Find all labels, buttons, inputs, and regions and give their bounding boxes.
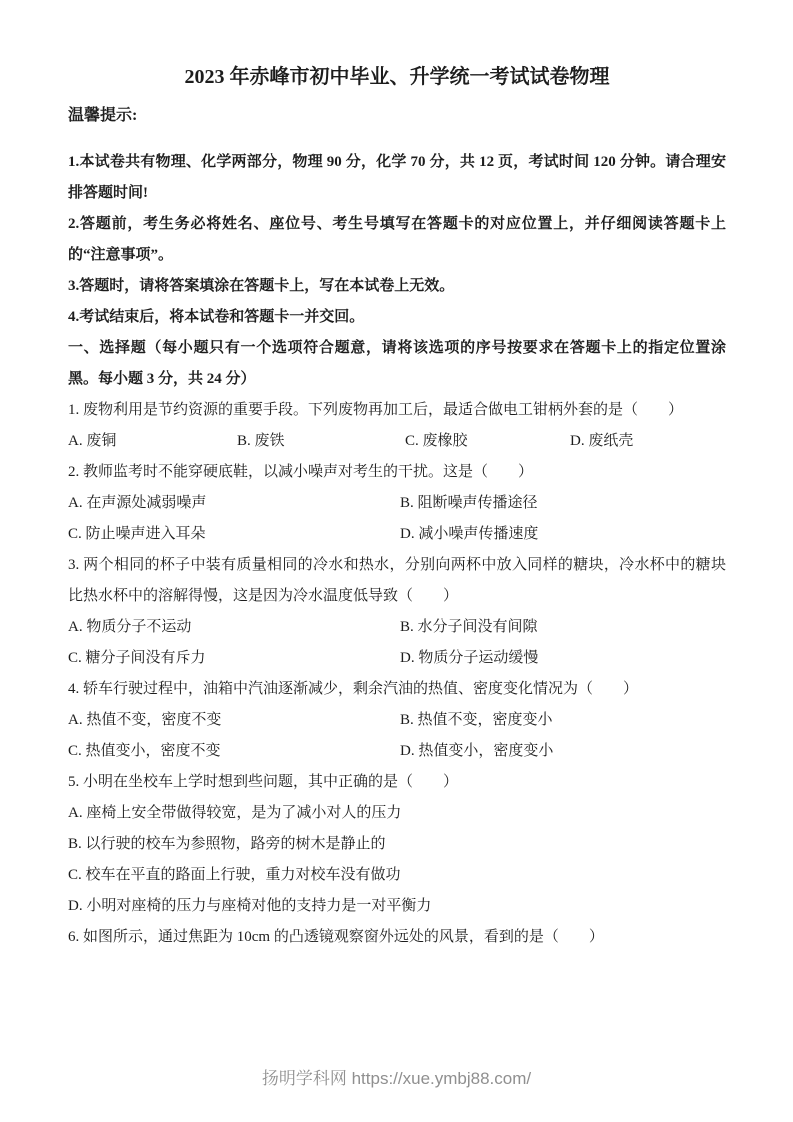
- option-c: C. 防止噪声进入耳朵: [68, 519, 400, 550]
- question-6: 6. 如图所示，通过焦距为 10cm 的凸透镜观察窗外远处的风景，看到的是（ ）: [68, 922, 726, 953]
- option-a: A. 热值不变，密度不变: [68, 705, 400, 736]
- option-d: D. 热值变小，密度变小: [400, 736, 726, 767]
- question-4-options: A. 热值不变，密度不变 B. 热值不变，密度变小 C. 热值变小，密度不变 D…: [68, 705, 726, 767]
- question-1: 1. 废物利用是节约资源的重要手段。下列废物再加工后，最适合做电工钳柄外套的是（…: [68, 395, 726, 457]
- question-5: 5. 小明在坐校车上学时想到些问题，其中正确的是（ ） A. 座椅上安全带做得较…: [68, 767, 726, 922]
- question-4-stem: 4. 轿车行驶过程中，油箱中汽油逐渐减少，剩余汽油的热值、密度变化情况为（ ）: [68, 674, 726, 705]
- watermark: 扬明学科网 https://xue.ymbj88.com/: [0, 1064, 793, 1089]
- option-c: C. 糖分子间没有斥力: [68, 643, 400, 674]
- option-a: A. 物质分子不运动: [68, 612, 400, 643]
- option-b: B. 热值不变，密度变小: [400, 705, 726, 736]
- option-c: C. 废橡胶: [405, 426, 570, 457]
- option-a: A. 座椅上安全带做得较宽，是为了减小对人的压力: [68, 798, 726, 829]
- option-c: C. 校车在平直的路面上行驶，重力对校车没有做功: [68, 860, 726, 891]
- watermark-text: 扬明学科网 https://xue.ymbj88.com/: [262, 1069, 531, 1088]
- question-3-stem: 3. 两个相同的杯子中装有质量相同的冷水和热水，分别向两杯中放入同样的糖块，冷水…: [68, 550, 726, 612]
- question-4: 4. 轿车行驶过程中，油箱中汽油逐渐减少，剩余汽油的热值、密度变化情况为（ ） …: [68, 674, 726, 767]
- question-3: 3. 两个相同的杯子中装有质量相同的冷水和热水，分别向两杯中放入同样的糖块，冷水…: [68, 550, 726, 674]
- option-b: B. 阻断噪声传播途径: [400, 488, 726, 519]
- notice-item-1: 1.本试卷共有物理、化学两部分，物理 90 分，化学 70 分，共 12 页，考…: [68, 147, 726, 209]
- option-a: A. 在声源处减弱噪声: [68, 488, 400, 519]
- question-3-options: A. 物质分子不运动 B. 水分子间没有间隙 C. 糖分子间没有斥力 D. 物质…: [68, 612, 726, 674]
- option-d: D. 小明对座椅的压力与座椅对他的支持力是一对平衡力: [68, 891, 726, 922]
- page-title: 2023 年赤峰市初中毕业、升学统一考试试卷物理: [68, 62, 726, 92]
- section-heading: 一、选择题（每小题只有一个选项符合题意，请将该选项的序号按要求在答题卡上的指定位…: [68, 333, 726, 395]
- notice-item-2: 2.答题前，考生务必将姓名、座位号、考生号填写在答题卡的对应位置上，并仔细阅读答…: [68, 209, 726, 271]
- option-d: D. 减小噪声传播速度: [400, 519, 726, 550]
- option-d: D. 物质分子运动缓慢: [400, 643, 726, 674]
- question-5-stem: 5. 小明在坐校车上学时想到些问题，其中正确的是（ ）: [68, 767, 726, 798]
- question-6-stem: 6. 如图所示，通过焦距为 10cm 的凸透镜观察窗外远处的风景，看到的是（ ）: [68, 922, 726, 953]
- notice-item-3: 3.答题时，请将答案填涂在答题卡上，写在本试卷上无效。: [68, 271, 726, 302]
- question-2-stem: 2. 教师监考时不能穿硬底鞋，以减小噪声对考生的干扰。这是（ ）: [68, 457, 726, 488]
- option-b: B. 水分子间没有间隙: [400, 612, 726, 643]
- question-1-stem: 1. 废物利用是节约资源的重要手段。下列废物再加工后，最适合做电工钳柄外套的是（…: [68, 395, 726, 426]
- question-2-options: A. 在声源处减弱噪声 B. 阻断噪声传播途径 C. 防止噪声进入耳朵 D. 减…: [68, 488, 726, 550]
- option-c: C. 热值变小，密度不变: [68, 736, 400, 767]
- exam-paper-page: 2023 年赤峰市初中毕业、升学统一考试试卷物理 温馨提示: 1.本试卷共有物理…: [68, 0, 726, 953]
- question-1-options: A. 废铜 B. 废铁 C. 废橡胶 D. 废纸壳: [68, 426, 726, 457]
- option-d: D. 废纸壳: [570, 426, 726, 457]
- option-b: B. 废铁: [237, 426, 405, 457]
- question-2: 2. 教师监考时不能穿硬底鞋，以减小噪声对考生的干扰。这是（ ） A. 在声源处…: [68, 457, 726, 550]
- option-a: A. 废铜: [68, 426, 237, 457]
- notice-heading: 温馨提示:: [68, 100, 726, 131]
- question-5-options: A. 座椅上安全带做得较宽，是为了减小对人的压力 B. 以行驶的校车为参照物，路…: [68, 798, 726, 922]
- notice-item-4: 4.考试结束后，将本试卷和答题卡一并交回。: [68, 302, 726, 333]
- option-b: B. 以行驶的校车为参照物，路旁的树木是静止的: [68, 829, 726, 860]
